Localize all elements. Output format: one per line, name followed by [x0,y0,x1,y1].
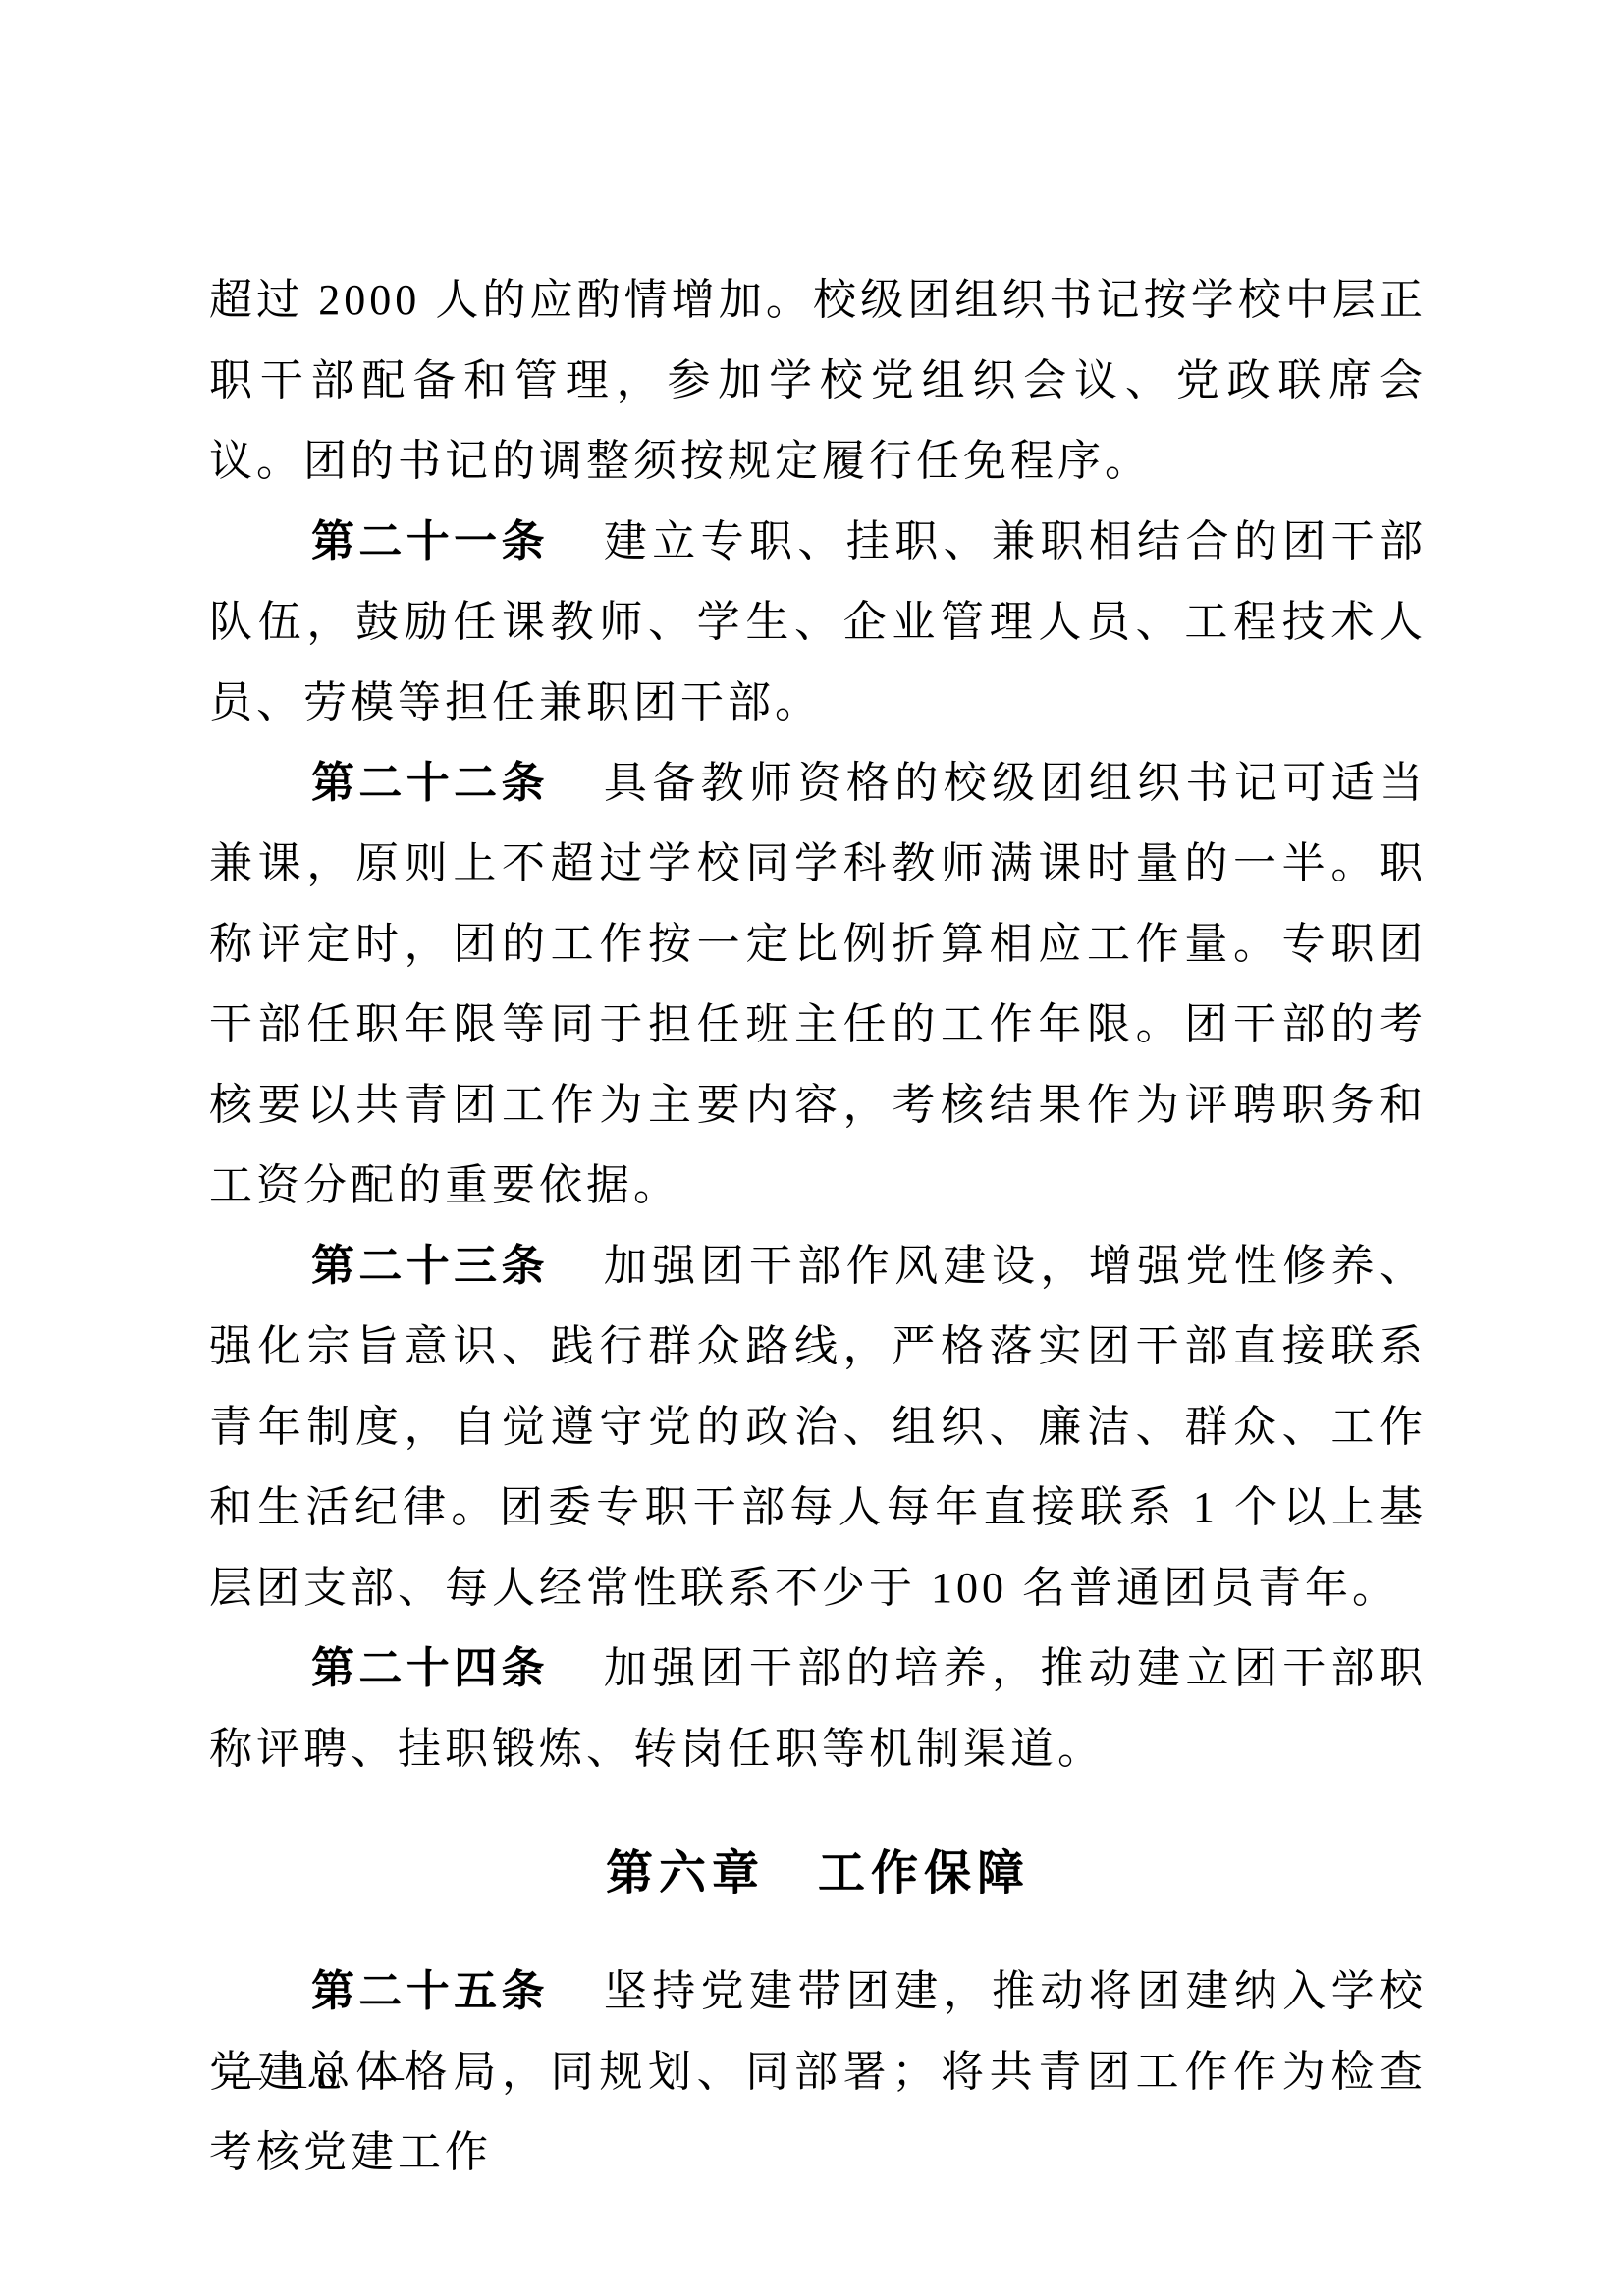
article-23-number: 第二十三条 [311,1242,549,1290]
document-body: 超过 2000 人的应酌情增加。校级团组织书记按学校中层正职干部配备和管理，参加… [209,260,1427,2193]
article-25-number: 第二十五条 [311,1967,549,2015]
article-23-paragraph: 第二十三条加强团干部作风建设，增强党性修养、强化宗旨意识、践行群众路线，严格落实… [209,1226,1427,1629]
article-22-paragraph: 第二十二条具备教师资格的校级团组织书记可适当兼课，原则上不超过学校同学科教师满课… [209,743,1427,1226]
document-page: 超过 2000 人的应酌情增加。校级团组织书记按学校中层正职干部配备和管理，参加… [0,0,1624,2296]
article-24-paragraph: 第二十四条加强团干部的培养，推动建立团干部职称评聘、挂职锻炼、转岗任职等机制渠道… [209,1629,1427,1789]
article-22-text: 具备教师资格的校级团组织书记可适当兼课，原则上不超过学校同学科教师满课时量的一半… [209,759,1427,1209]
chapter-heading: 第六章 工作保障 [209,1834,1427,1914]
article-23-text: 加强团干部作风建设，增强党性修养、强化宗旨意识、践行群众路线，严格落实团干部直接… [209,1242,1427,1612]
continuation-paragraph-text: 超过 2000 人的应酌情增加。校级团组织书记按学校中层正职干部配备和管理，参加… [209,276,1427,485]
page-number: — 10 — [224,2054,413,2099]
article-24-number: 第二十四条 [311,1644,549,1692]
article-22-number: 第二十二条 [311,759,549,807]
article-21-number: 第二十一条 [311,517,549,565]
continuation-paragraph: 超过 2000 人的应酌情增加。校级团组织书记按学校中层正职干部配备和管理，参加… [209,260,1427,502]
article-21-paragraph: 第二十一条建立专职、挂职、兼职相结合的团干部队伍，鼓励任课教师、学生、企业管理人… [209,502,1427,743]
